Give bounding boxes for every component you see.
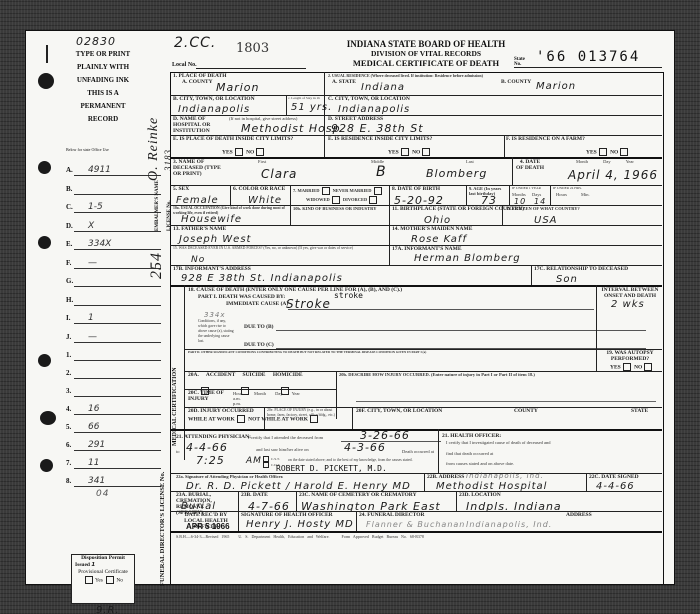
punch-hole [40, 459, 53, 472]
title-line2: DIVISION OF VITAL RECORDS [326, 49, 526, 58]
inside-city-label: e. IS PLACE OF DEATH INSIDE CITY LIMITS? [173, 136, 293, 142]
office-use-item: F.— [66, 259, 161, 269]
item-value: — [88, 332, 97, 342]
office-use-item: 7.11 [66, 459, 161, 469]
father-label: 13. FATHER'S NAME [173, 226, 226, 232]
mother-value: Rose Kaff [411, 234, 467, 245]
punch-hole [38, 236, 51, 249]
health-officer-text3: from causes stated and on above date. [446, 461, 514, 466]
office-use-item: 2. [66, 369, 161, 379]
due-to-b-label: DUE TO (b) [244, 324, 273, 330]
no-checkbox[interactable] [422, 148, 430, 156]
ampm-value: AM [246, 456, 262, 466]
while-at-work-checkbox[interactable] [237, 415, 245, 423]
provisional-yes-checkbox[interactable] [85, 576, 93, 584]
physician-label: 21. ATTENDING PHYSICIAN: [176, 434, 251, 440]
time-of-injury-label: 20c. TIME OF INJURY [188, 390, 228, 402]
funeral-address-value: Indianapolis, Ind. [466, 520, 552, 529]
health-officer-text2: find that death occurred at [446, 451, 493, 456]
yes-checkbox[interactable] [235, 148, 243, 156]
burial-date-label: 23b. DATE [241, 492, 268, 498]
yes-checkbox[interactable] [401, 148, 409, 156]
res-city-label: c. CITY, TOWN, OR LOCATION [328, 96, 410, 102]
middle-name-value: B [376, 164, 387, 180]
funeral-address-label: ADDRESS [566, 512, 592, 518]
funeral-director-license-value: 254 [148, 252, 166, 279]
under24-label: IF UNDER 24 HRS. [553, 186, 582, 191]
punch-hole [38, 73, 54, 89]
injury-date-labels: Month Day Year [254, 391, 300, 396]
item-value: 1-5 [88, 202, 103, 212]
item-key: B. [66, 185, 72, 193]
physician-address-label: 22b. ADDRESS [427, 474, 464, 480]
interval-value: 2 wks [611, 299, 645, 310]
license-no-value: 3183 [163, 149, 173, 171]
no-checkbox[interactable] [256, 148, 264, 156]
street-value: 928 E. 38th St [331, 122, 424, 135]
marital-row2: WIDOWED DIVORCED [306, 196, 379, 204]
informant-label: 17a. INFORMANT'S NAME [392, 246, 462, 252]
item-key: 3. [66, 387, 71, 395]
last-label: Last [466, 159, 474, 164]
item-key: H. [66, 296, 73, 304]
res-state-value: Indiana [361, 82, 405, 93]
first-name-value: Clara [261, 167, 297, 181]
interval-label: INTERVAL BETWEEN ONSET AND DEATH [600, 287, 660, 299]
funeral-director-value: Flanner & Buchanan [366, 520, 465, 529]
hospital-note: (If not in hospital, give street address… [229, 116, 297, 121]
item-value: — [88, 258, 97, 268]
sex-label: 5. SEX [173, 186, 189, 192]
date-signed-label: 22c. DATE SIGNED [589, 474, 639, 480]
item-key: 4. [66, 405, 71, 413]
health-officer-signature: Henry J. Hosty MD [246, 519, 354, 530]
item-value: 11 [88, 458, 99, 468]
signature-label: 22a. Signature of Attending Physician or… [176, 474, 283, 479]
title-line3: MEDICAL CERTIFICATE OF DEATH [326, 58, 526, 68]
license-no-label: LICENSE No. [167, 200, 172, 231]
hospital-value: Methodist Hosp [241, 122, 341, 135]
no-checkbox[interactable] [620, 148, 628, 156]
funeral-director-label: 24. FUNERAL DIRECTOR [359, 512, 424, 518]
item-key: J. [66, 333, 71, 341]
office-use-item: J.— [66, 333, 161, 343]
birthplace-label: 11. BIRTHPLACE (State or foreign country… [392, 206, 524, 212]
physician-statement: on the date stated above; and to the bes… [288, 458, 438, 463]
item-key: F. [66, 259, 71, 267]
res-inside-city-label: e. IS RESIDENCE INSIDE CITY LIMITS? [328, 136, 432, 142]
death-county-value: Marion [216, 81, 260, 94]
office-use-item: I.1 [66, 314, 161, 324]
office-use-item: H. [66, 296, 161, 306]
injury-state-label: STATE [631, 408, 648, 414]
conditions-label: Conditions, if any, which gave rise to a… [198, 319, 234, 344]
office-use-item: E.334X [66, 240, 161, 250]
no-checkbox[interactable] [644, 363, 652, 371]
death-occurred-label: Death occurred at [402, 449, 434, 454]
informant-address-value: 928 E 38th St. Indianapolis [181, 273, 343, 284]
item-key: 8. [66, 477, 71, 485]
punch-hole [40, 411, 56, 425]
hours-label: Hours [556, 192, 567, 197]
office-use-item: D.X [66, 222, 161, 232]
informant-value: Herman Blomberg [414, 253, 521, 264]
last-seen-value: 4-3-66 [344, 441, 386, 454]
form-id: 02830 [76, 35, 116, 48]
typed-cause-value: stroke [334, 291, 363, 300]
hospital-label: d. NAME OF HOSPITAL OR INSTITUTION [173, 116, 221, 134]
relationship-label: 17c. RELATIONSHIP TO DECEASED [534, 266, 628, 272]
office-use-item: 1. [66, 351, 161, 361]
last-seen-label: and last saw him/her alive on [256, 447, 336, 452]
part2-label: PART II. OTHER SIGNIFICANT CONDITIONS CO… [188, 350, 426, 355]
date-of-death-label: 4. DATE OF DEATH [516, 159, 544, 171]
item-value: 66 [88, 422, 99, 432]
armed-forces-value: No [191, 255, 205, 265]
length-of-stay-value: 51 yrs. [291, 102, 332, 113]
office-use-item: 6.291 [66, 441, 161, 451]
item-key: D. [66, 222, 73, 230]
state-no-label: State No. [514, 57, 528, 67]
min-label: Min. [581, 192, 590, 197]
location-label: 23d. LOCATION [459, 492, 501, 498]
autopsy-checks: YES NO [610, 363, 654, 371]
father-value: Joseph West [179, 234, 251, 245]
usual-residence-label: 2. USUAL RESIDENCE (Where deceased lived… [328, 73, 483, 78]
item-key: 6. [66, 441, 71, 449]
death-time-value: 7:25 [196, 454, 225, 467]
informant-address-label: 17b. INFORMANT'S ADDRESS [173, 266, 251, 272]
office-use-item: 5.66 [66, 423, 161, 433]
item-key: I. [66, 314, 70, 322]
office-use-extra-value: 04 [96, 489, 109, 499]
autopsy-label: 19. WAS AUTOPSY PERFORMED? [600, 350, 660, 362]
local-no-handwritten: 2.CC. [174, 35, 216, 51]
office-use-item: 3. [66, 387, 161, 397]
business-label: 10b. KIND OF BUSINESS OR INDUSTRY [293, 206, 376, 211]
inside-city-checks: YES NO [222, 148, 266, 156]
marital-row1: 7. MARRIED NEVER MARRIED [293, 187, 384, 195]
armed-forces-label: 15. WAS DECEASED EVER IN U.S. ARMED FORC… [173, 246, 383, 251]
embalmer-name-label: EMBALMER'S NAME [155, 180, 160, 231]
office-use-item: B. [66, 185, 161, 195]
office-use-item: G. [66, 277, 161, 287]
death-city-value: Indianapolis [178, 104, 250, 115]
physician-certify: I certify that I attended the deceased f… [248, 435, 323, 440]
item-key: 7. [66, 459, 71, 467]
item-value: 16 [88, 404, 99, 414]
state-no: '66 013764 [536, 49, 640, 65]
race-label: 6. COLOR OR RACE [233, 186, 285, 192]
first-label: First [258, 159, 266, 164]
yes-checkbox[interactable] [599, 148, 607, 156]
cause-label: 18. CAUSE OF DEATH (Enter only one cause… [188, 287, 402, 293]
describe-injury-label: 20b. DESCRIBE HOW INJURY OCCURRED. (Ente… [339, 372, 535, 377]
res-county-label: b. COUNTY [501, 79, 531, 85]
office-use-item: C.1-5 [66, 203, 161, 213]
item-value: 1 [88, 313, 94, 323]
instructions: TYPE OR PRINT PLAINLY WITH UNFADING INK … [68, 48, 138, 126]
yes-checkbox[interactable] [623, 363, 631, 371]
mother-label: 14. MOTHER'S MAIDEN NAME [392, 226, 472, 232]
item-key: E. [66, 240, 72, 248]
item-value: 341 [88, 476, 105, 486]
occupation-value: Housewife [181, 214, 242, 225]
title-line1: INDIANA STATE BOARD OF HEALTH [326, 39, 526, 49]
embalmer-name-value: O. Reinke [146, 117, 162, 181]
item-value: 334X [88, 239, 111, 249]
cause-code-note: 334x [204, 311, 226, 319]
citizen-label: 12. CITIZEN OF WHAT COUNTRY? [506, 206, 580, 211]
last-name-value: Blomberg [426, 167, 487, 180]
state-office-use-label: Below for state Office Use [66, 147, 109, 152]
local-no-label: Local No. [172, 62, 197, 68]
length-of-stay-label: c. Length of Stay in 1b [288, 96, 320, 101]
injury-county-label: COUNTY [514, 408, 538, 414]
item-key: 5. [66, 423, 71, 431]
res-inside-city-checks: YES NO [388, 148, 432, 156]
cemetery-label: 23c. NAME OF CEMETERY OR CREMATORY [299, 492, 417, 498]
part1-label: PART I. DEATH WAS CAUSED BY: [198, 294, 285, 300]
item-key: C. [66, 203, 73, 211]
item-key: 2. [66, 369, 71, 377]
physician-address-stamp: Indianapolis, Ind. [466, 472, 544, 480]
farm-label: f. IS RESIDENCE ON A FARM? [506, 136, 585, 142]
city-label: b. CITY, TOWN, OR LOCATION [173, 96, 255, 102]
local-no-stamped: 1803 [236, 41, 269, 56]
res-county-value: Marion [536, 81, 576, 92]
punch-hole [38, 161, 51, 174]
death-certificate: 02830 TYPE OR PRINT PLAINLY WITH UNFADIN… [26, 31, 674, 584]
margin-mark [46, 45, 48, 63]
county-label: a. COUNTY [182, 79, 213, 85]
item-value: X [88, 221, 94, 231]
item-value: 291 [88, 440, 105, 450]
form-footer: S.B.H.—6-34-3—Revised 1965 U. S. Departm… [176, 534, 424, 539]
birth-label: 8. DATE OF BIRTH [392, 186, 440, 192]
physician-typed-name: ROBERT D. PICKETT, M.D. [276, 464, 387, 473]
place-of-injury-label: 20e. PLACE OF INJURY (e.g., in or about … [267, 408, 337, 418]
health-officer-signature-label: SIGNATURE OF HEALTH OFFICER [241, 512, 333, 518]
punch-hole [38, 354, 51, 367]
title-block: INDIANA STATE BOARD OF HEALTH DIVISION O… [326, 39, 526, 68]
relationship-value: Son [556, 274, 578, 285]
date-recd-value: APR 5 1966 [186, 522, 230, 531]
office-use-item: 4.16 [66, 405, 161, 415]
date-of-death-value: April 4, 1966 [568, 168, 658, 182]
res-state-label: a. STATE [332, 79, 356, 85]
health-officer-text1: I certify that I investigated cause of d… [446, 440, 550, 445]
initials: 9.R. [96, 605, 120, 614]
injury-occurred-label: 20d. INJURY OCCURRED [188, 408, 254, 414]
name-label: 3. NAME OF DECEASED (Type or print) [173, 159, 221, 177]
due-to-c-label: DUE TO (c) [244, 342, 274, 348]
under1-label: IF UNDER 1 YEAR [512, 186, 541, 191]
provisional-no-checkbox[interactable] [106, 576, 114, 584]
farm-checks: YES NO [586, 148, 630, 156]
item-key: G. [66, 277, 73, 285]
disposition-permit-box: Disposition Permit Issued 1 Provisional … [71, 554, 135, 604]
res-city-value: Indianapolis [338, 104, 410, 115]
to-label: to [176, 449, 180, 454]
injury-types: 20a. ACCIDENT SUICIDE HOMICIDE [188, 372, 302, 378]
health-officer-label: 21. HEALTH OFFICER: [442, 433, 501, 439]
immediate-cause-label: IMMEDIATE CAUSE (a) [226, 301, 288, 307]
item-key: A. [66, 166, 73, 174]
date-parts-labels: Month Day Year [576, 159, 634, 164]
funeral-director-license-label: FUNERAL DIRECTOR'S LICENSE No. [159, 472, 166, 586]
item-value: 4911 [88, 165, 111, 175]
injury-city-label: 20f. CITY, TOWN, OR LOCATION [356, 408, 442, 414]
hour-label: Hour a.m. p.m. [233, 391, 249, 406]
office-use-item: 8.341 [66, 477, 161, 487]
item-key: 1. [66, 351, 71, 359]
attended-to-value: 4-4-66 [186, 441, 228, 454]
